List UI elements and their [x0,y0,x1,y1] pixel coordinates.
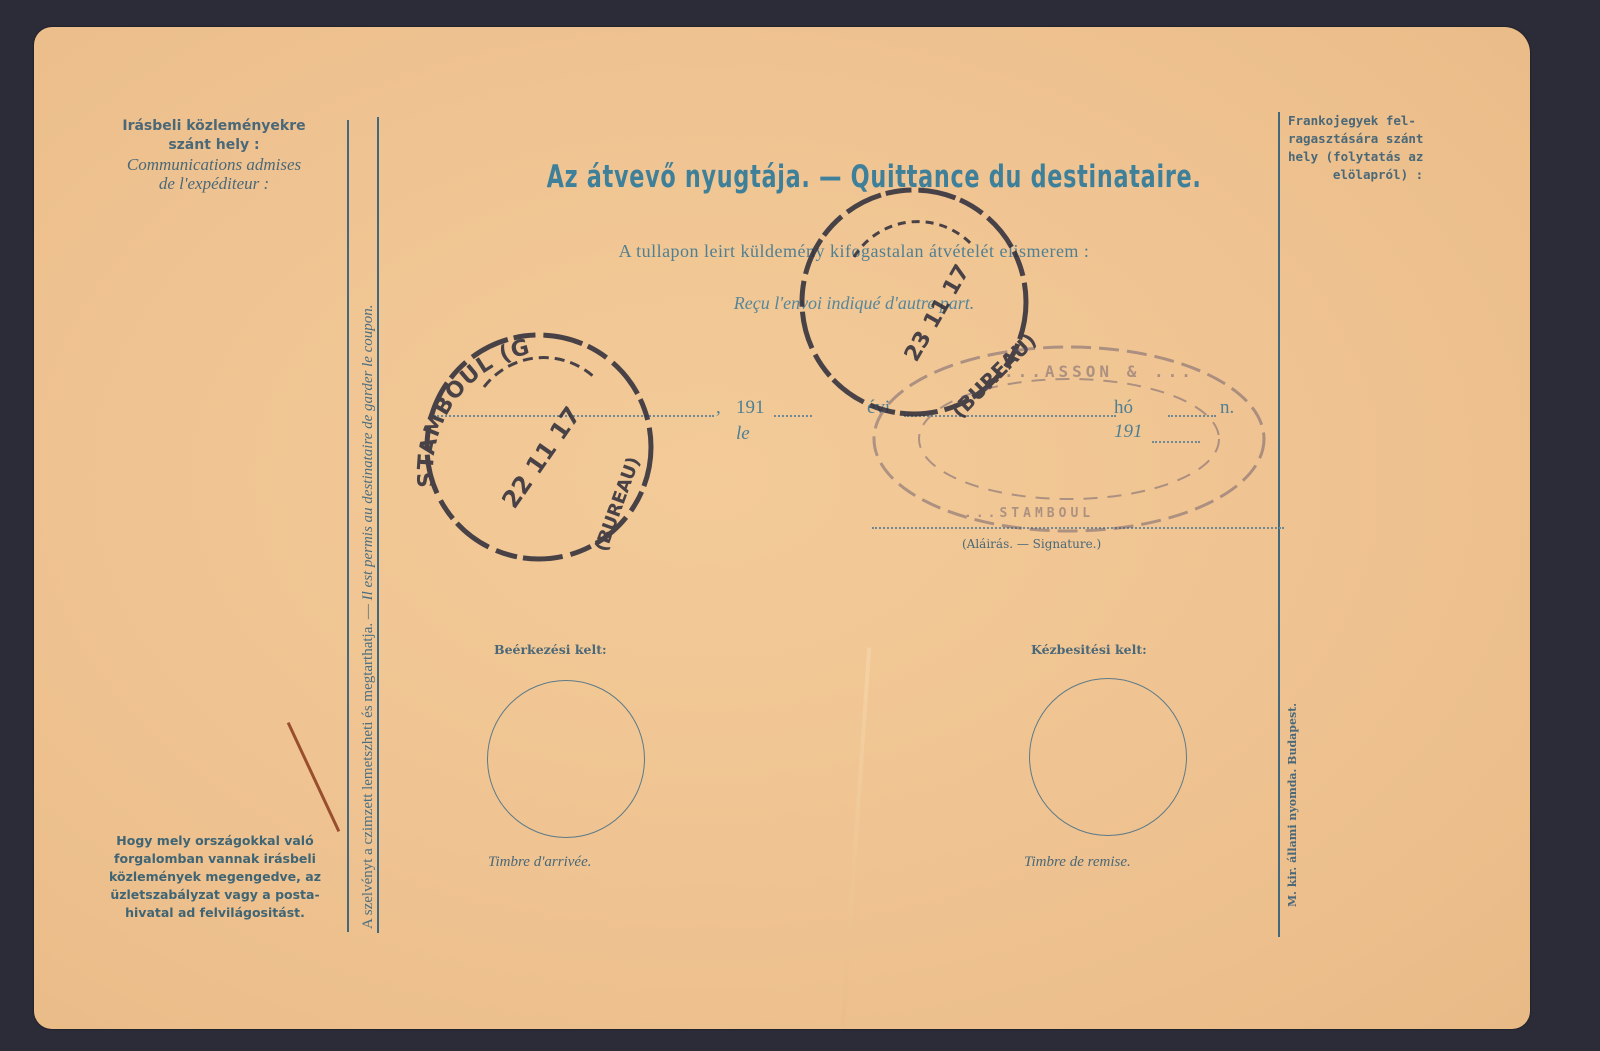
svg-text:22 11 17: 22 11 17 [496,402,586,514]
postmarks-layer: STAMBOUL (GALATA) 22 11 17 (BUREAU) 23 1… [34,27,1530,1029]
oval-company-cachet: ...ASSON & ... ...STAMBOUL [874,347,1264,531]
svg-text:STAMBOUL (GALATA): STAMBOUL (GALATA) [34,27,533,488]
stamboul-postmark: STAMBOUL (GALATA) 22 11 17 (BUREAU) [34,27,651,559]
svg-text:23 11 17: 23 11 17 [900,261,975,366]
svg-text:...ASSON & ...: ...ASSON & ... [1004,362,1195,381]
svg-text:...STAMBOUL: ...STAMBOUL [964,506,1094,521]
receipt-card: Irásbeli közleményekre szánt hely : Comm… [34,27,1530,1029]
center-postmark: 23 11 17 (BUREAU) [802,190,1041,423]
